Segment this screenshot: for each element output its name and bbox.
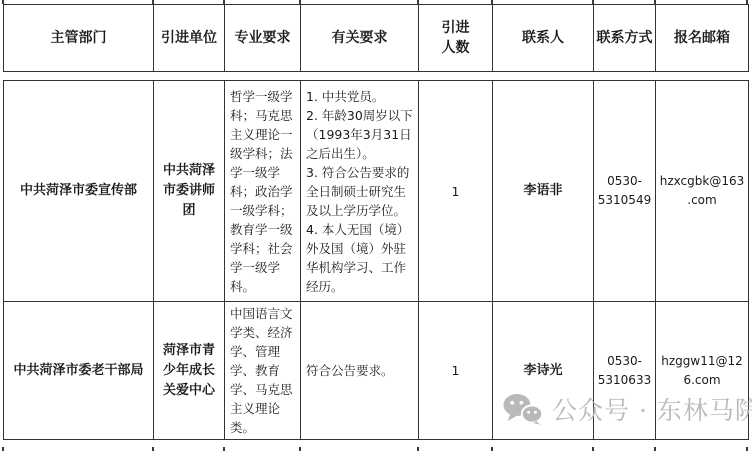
- col-header-contact: 联系人: [493, 5, 594, 72]
- col-header-unit: 引进单位: [154, 5, 225, 72]
- grid-line: [654, 447, 656, 451]
- cell-count: 1: [419, 302, 493, 440]
- col-header-count: 引进 人数: [419, 5, 493, 72]
- grid-line: [417, 447, 419, 451]
- wechat-icon: [502, 393, 543, 425]
- document-page: 主管部门 引进单位 专业要求 有关要求 引进 人数 联系人 联系方式 报名邮箱 …: [0, 0, 752, 451]
- cell-department: 中共菏泽市委宣传部: [4, 81, 154, 302]
- col-header-requirements: 有关要求: [301, 5, 419, 72]
- cell-requirements: 1. 中共党员。 2. 年龄30周岁以下（1993年3月31日之后出生）。 3.…: [301, 81, 419, 302]
- col-header-email: 报名邮箱: [656, 5, 749, 72]
- grid-line: [592, 447, 594, 451]
- table-continuation-bottom: [0, 447, 752, 451]
- col-header-phone: 联系方式: [594, 5, 656, 72]
- table-row: 中共菏泽市委宣传部 中共菏泽市委讲师团 哲学一级学科；马克思主义理论一级学科；法…: [4, 81, 749, 302]
- col-header-department: 主管部门: [4, 5, 154, 72]
- watermark: 公众号 · 东林马院: [502, 391, 752, 427]
- recruitment-table-body: 中共菏泽市委宣传部 中共菏泽市委讲师团 哲学一级学科；马克思主义理论一级学科；法…: [3, 80, 749, 440]
- cell-count: 1: [419, 81, 493, 302]
- cell-contact: 李语非: [493, 81, 594, 302]
- grid-line: [299, 447, 301, 451]
- header-row: 主管部门 引进单位 专业要求 有关要求 引进 人数 联系人 联系方式 报名邮箱: [4, 5, 749, 72]
- grid-line: [152, 447, 154, 451]
- cell-requirements: 符合公告要求。: [301, 302, 419, 440]
- grid-line: [746, 447, 748, 451]
- grid-line: [223, 447, 225, 451]
- cell-department: 中共菏泽市委老干部局: [4, 302, 154, 440]
- watermark-text: 公众号 · 东林马院: [552, 391, 752, 427]
- grid-line: [2, 447, 4, 451]
- grid-line: [491, 447, 493, 451]
- col-header-major: 专业要求: [225, 5, 301, 72]
- cell-major: 中国语言文学类、经济学、管理学、教育学、马克思主义理论类。: [225, 302, 301, 440]
- cell-unit: 中共菏泽市委讲师团: [154, 81, 225, 302]
- cell-phone: 0530-5310549: [594, 81, 656, 302]
- recruitment-table-header: 主管部门 引进单位 专业要求 有关要求 引进 人数 联系人 联系方式 报名邮箱: [3, 4, 749, 72]
- cell-major: 哲学一级学科；马克思主义理论一级学科；法学一级学科；政治学一级学科；教育学一级学…: [225, 81, 301, 302]
- cell-email: hzxcgbk@163.com: [656, 81, 749, 302]
- cell-unit: 菏泽市青少年成长关爱中心: [154, 302, 225, 440]
